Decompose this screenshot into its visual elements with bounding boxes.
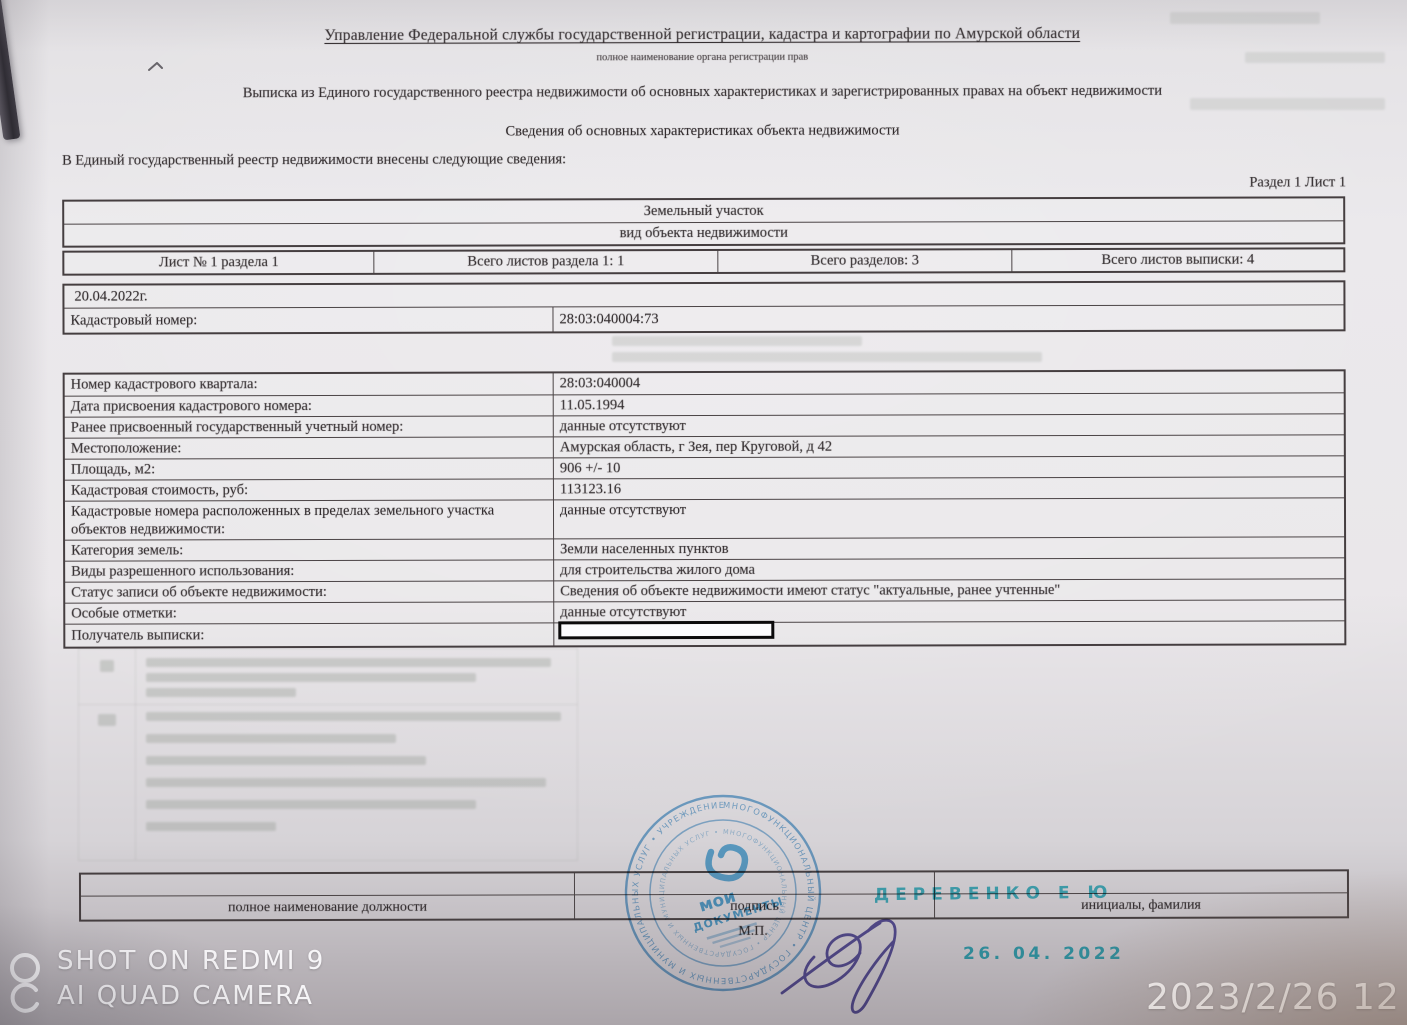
row-label: Площадь, м2:: [65, 458, 554, 479]
row-value: данные отсутствуют: [554, 602, 1344, 621]
row-value: 11.05.1994: [554, 395, 1344, 414]
row-value: данные отсутствуют: [554, 416, 1344, 435]
row-value: 906 +/- 10: [554, 458, 1344, 477]
row-label: Виды разрешенного использования:: [65, 560, 554, 581]
total-sheets-cell: Всего листов выписки: 4: [1012, 249, 1343, 271]
watermark-line-1: SHOT ON REDMI 9: [57, 946, 325, 976]
authority-caption: полное наименование органа регистрации п…: [0, 50, 1406, 65]
watermark-line-2: AI QUAD CAMERA: [57, 981, 314, 1011]
object-type-value: Земельный участок: [638, 202, 770, 219]
row-value: 113123.16: [554, 479, 1344, 498]
document-subtitle: Сведения об основных характеристиках объ…: [0, 121, 1406, 142]
row-label: Статус записи об объекте недвижимости:: [65, 581, 554, 602]
characteristics-table: Номер кадастрового квартала: 28:03:04000…: [63, 369, 1347, 648]
intro-line: В Единый государственный реестр недвижим…: [62, 151, 566, 169]
row-label: Ранее присвоенный государственный учетны…: [65, 416, 554, 437]
cadastral-number-table: 20.04.2022г. Кадастровый номер: 28:03:04…: [62, 280, 1345, 334]
row-label: Категория земель:: [65, 539, 554, 560]
sheets-in-section-cell: Всего листов раздела 1: 1: [374, 251, 718, 273]
sheet-number-cell: Лист № 1 раздела 1: [64, 252, 374, 274]
total-sections-cell: Всего разделов: 3: [718, 250, 1012, 272]
cadastral-number-value: 28:03:040004:73: [553, 309, 1343, 328]
handwritten-signature: [768, 893, 948, 1025]
table-row: Кадастровые номера расположенных в преде…: [65, 497, 1344, 539]
mfc-logo-icon: [709, 847, 745, 878]
row-label: Дата присвоения кадастрового номера:: [65, 395, 554, 416]
row-value: 28:03:040004: [554, 373, 1344, 392]
cadastral-number-label: Кадастровый номер:: [64, 307, 553, 332]
sheet-info-row: Лист № 1 раздела 1 Всего листов раздела …: [64, 249, 1343, 273]
row-label: Получатель выписки:: [65, 623, 554, 646]
cadastral-number-row: Кадастровый номер: 28:03:040004:73: [64, 304, 1343, 332]
row-label: Номер кадастрового квартала:: [65, 373, 554, 395]
sheet-info-table: Лист № 1 раздела 1 Всего листов раздела …: [62, 247, 1345, 275]
row-label: Кадастровая стоимость, руб:: [65, 479, 554, 500]
row-value: для строительства жилого дома: [554, 560, 1344, 579]
document-title: Выписка из Единого государственного реес…: [0, 82, 1406, 103]
photo-frame: Управление Федеральной службы государств…: [0, 0, 1407, 1025]
stamped-surname: ДЕРЕВЕНКО Е Ю: [874, 883, 1114, 906]
row-value: Сведения об объекте недвижимости имеют с…: [554, 581, 1344, 600]
object-type-caption-row: вид объекта недвижимости: [64, 220, 1343, 245]
object-type-table: Земельный участок вид объекта недвижимос…: [62, 196, 1345, 247]
registration-authority-title: Управление Федеральной службы государств…: [0, 24, 1406, 46]
stamped-date: 26. 04. 2022: [963, 944, 1124, 964]
object-type-caption: вид объекта недвижимости: [614, 225, 794, 242]
row-value: данные отсутствуют: [554, 498, 1344, 519]
row-value: Амурская область, г Зея, пер Круговой, д…: [554, 437, 1344, 456]
row-label: Кадастровые номера расположенных в преде…: [65, 500, 554, 539]
section-sheet-label: Раздел 1 Лист 1: [1249, 174, 1346, 191]
row-label: Местоположение:: [65, 437, 554, 458]
redaction-box: [558, 621, 774, 640]
photo-timestamp: 2023/2/26 12: [1146, 977, 1400, 1018]
extract-date: 20.04.2022г.: [68, 288, 153, 305]
row-value: Земли населенных пунктов: [554, 539, 1344, 558]
redmi-camera-watermark-icon: [5, 952, 49, 1016]
row-label: Особые отметки:: [65, 602, 554, 623]
position-label: полное наименование должности: [81, 895, 575, 919]
